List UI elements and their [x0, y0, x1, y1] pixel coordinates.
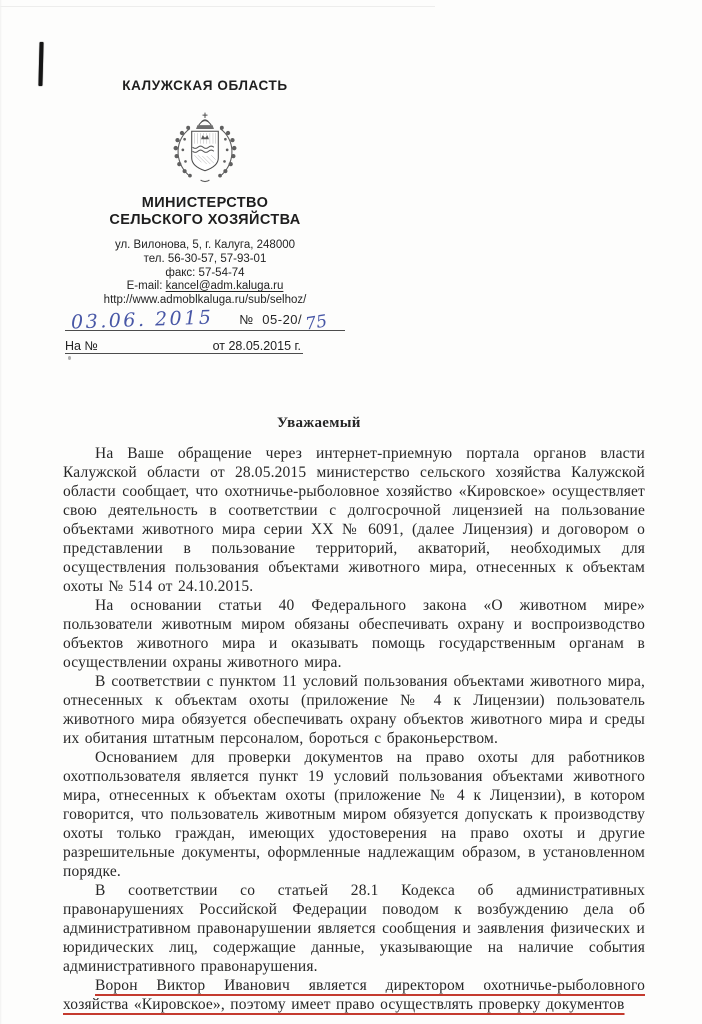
reply-date: от 28.05.2015 г.: [213, 339, 303, 353]
scanned-letter-page: КАЛУЖСКАЯ ОБЛАСТЬ: [0, 0, 702, 1024]
email-line: E-mail: kancel@adm.kaluga.ru: [55, 280, 355, 294]
region-title: КАЛУЖСКАЯ ОБЛАСТЬ: [55, 78, 355, 93]
outgoing-number-printed: 05-20/: [262, 312, 302, 330]
fax-line: факс: 57-54-74: [55, 267, 355, 281]
reply-label: На №: [65, 339, 98, 353]
salutation: Уважаемый: [277, 414, 645, 433]
email-label: E-mail:: [127, 280, 163, 292]
contact-block: ул. Вилонова, 5, г. Калуга, 248000 тел. …: [55, 239, 355, 308]
paragraph-article-40: На основании статьи 40 Федерального зако…: [63, 596, 645, 672]
address-line: ул. Вилонова, 5, г. Калуга, 248000: [55, 239, 355, 253]
paragraph-clause-19: Основанием для проверки документов на пр…: [63, 748, 645, 881]
scan-corner-mark: [38, 42, 43, 86]
email-address: kancel@adm.kaluga.ru: [166, 280, 284, 292]
ministry-name-line1: МИНИСТЕРСТВО: [55, 195, 355, 212]
handwritten-number: 75: [304, 311, 329, 334]
phone-line: тел. 56-30-57, 57-93-01: [55, 253, 355, 267]
reference-block: 03.06. 2015 № 05-20/ 75 На № от 28.05.20…: [65, 300, 345, 354]
paragraph-clause-11: В соответствии с пунктом 11 условий поль…: [63, 672, 645, 748]
scan-edge-artifact: [0, 0, 2, 1024]
paragraph-license: На Ваше обращение через интернет-приемну…: [63, 444, 645, 596]
highlighted-paragraph: Ворон Виктор Иванович является директоро…: [63, 976, 645, 1014]
paragraph-article-28-1: В соответствии со статьей 28.1 Кодекса о…: [63, 881, 645, 976]
letter-body: Уважаемый На Ваше обращение через интерн…: [63, 414, 645, 1014]
incoming-reference-line: На № от 28.05.2015 г.: [65, 336, 303, 354]
scan-stray-dot: [68, 356, 71, 360]
letterhead: КАЛУЖСКАЯ ОБЛАСТЬ: [55, 78, 355, 308]
ministry-name: МИНИСТЕРСТВО СЕЛЬСКОГО ХОЗЯЙСТВА: [55, 195, 355, 228]
scan-edge-artifact: [0, 6, 435, 7]
kaluga-coat-of-arms-icon: [162, 110, 248, 188]
handwritten-date: 03.06. 2015: [71, 307, 214, 334]
outgoing-reference-line: 03.06. 2015 № 05-20/ 75: [65, 300, 345, 331]
ministry-name-line2: СЕЛЬСКОГО ХОЗЯЙСТВА: [55, 212, 355, 229]
number-label: №: [239, 312, 253, 330]
